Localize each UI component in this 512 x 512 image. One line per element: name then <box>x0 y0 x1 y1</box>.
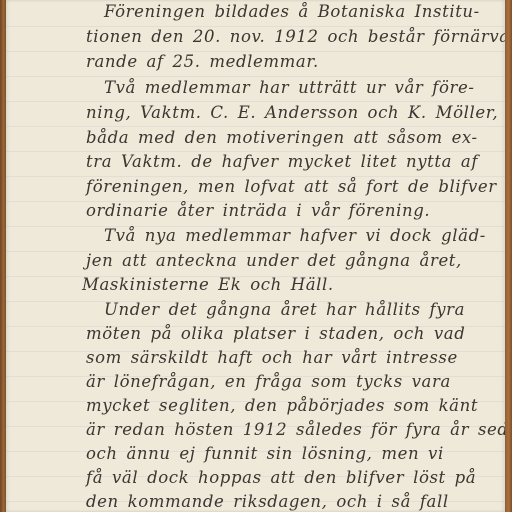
handwritten-line: ning, Vaktm. C. E. Andersson och K. Möll… <box>86 103 498 122</box>
handwritten-line: ordinarie åter inträda i vår förening. <box>86 201 430 220</box>
handwritten-line: få väl dock hoppas att den blifver löst … <box>86 468 476 487</box>
handwritten-line: och ännu ej funnit sin lösning, men vi <box>86 444 444 463</box>
handwritten-line: tionen den 20. nov. 1912 och består förn… <box>86 27 512 46</box>
handwritten-line: rande af 25. medlemmar. <box>86 52 319 71</box>
handwritten-line: båda med den motiveringen att såsom ex- <box>86 128 478 147</box>
handwritten-line: möten på olika platser i staden, och vad <box>86 324 465 343</box>
handwritten-line: tra Vaktm. de hafver mycket litet nytta … <box>86 152 478 171</box>
handwritten-line: är redan hösten 1912 således för fyra år… <box>86 420 512 439</box>
handwritten-line: är lönefrågan, en fråga som tycks vara <box>86 372 451 391</box>
handwritten-line: jen att anteckna under det gångna året, <box>86 251 462 270</box>
handwritten-line: Maskinisterne Ek och Häll. <box>82 275 334 294</box>
handwritten-page: Föreningen bildades å Botaniska Institu-… <box>6 0 505 512</box>
handwritten-line: föreningen, men lofvat att så fort de bl… <box>86 177 497 196</box>
handwritten-line: Föreningen bildades å Botaniska Institu- <box>104 2 480 21</box>
handwritten-line: Två medlemmar har utträtt ur vår före- <box>104 78 475 97</box>
handwritten-line: Under det gångna året har hållits fyra <box>104 300 465 319</box>
right-frame-edge <box>505 0 512 512</box>
handwritten-line: den kommande riksdagen, och i så fall <box>86 492 449 511</box>
handwritten-line: som särskildt haft och har vårt intresse <box>86 348 458 367</box>
handwritten-line: Två nya medlemmar hafver vi dock gläd- <box>104 226 486 245</box>
handwritten-line: mycket segliten, den påbörjades som känt <box>86 396 478 415</box>
